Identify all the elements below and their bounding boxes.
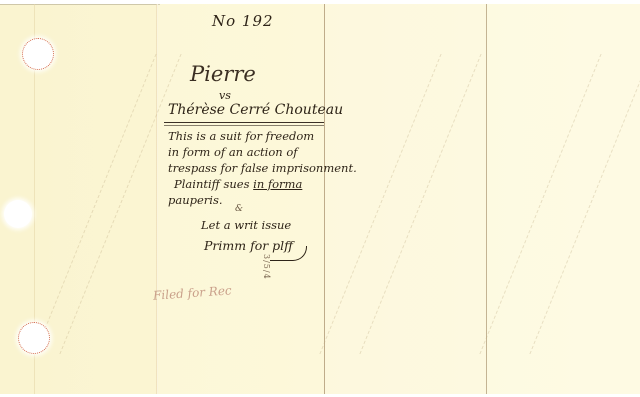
vertical-endorsement: 3/5/4 <box>262 254 271 280</box>
defendant-name: Thérèse Cerré Chouteau <box>168 102 343 118</box>
punch-hole-bottom <box>18 322 50 354</box>
court-order: Let a writ issue <box>201 218 291 232</box>
panel-blank-center <box>324 4 486 394</box>
document-sheet: No 192 Pierre vs Thérèse Cerré Chouteau … <box>0 4 640 394</box>
description-text: Plaintiff sues in forma <box>174 177 302 191</box>
fold-line-center <box>324 4 325 394</box>
punch-hole-middle <box>4 200 32 228</box>
caption-rule <box>164 122 324 123</box>
description-line: Plaintiff sues in forma <box>174 176 302 192</box>
underlined-phrase: in forma <box>253 177 302 191</box>
description-line: in form of an action of <box>168 144 298 160</box>
plaintiff-name: Pierre <box>190 62 256 86</box>
margin-mark: & <box>235 204 243 214</box>
caption-rule-double <box>164 125 324 126</box>
panel-blank-right <box>486 4 640 394</box>
fold-line-left <box>156 4 158 394</box>
description-line: pauperis. <box>168 192 223 208</box>
description-line: trespass for false imprisonment. <box>168 160 357 176</box>
description-line: This is a suit for freedom <box>168 128 314 144</box>
versus-label: vs <box>219 89 231 102</box>
docket-number: No 192 <box>212 12 274 30</box>
punch-hole-top <box>22 38 54 70</box>
